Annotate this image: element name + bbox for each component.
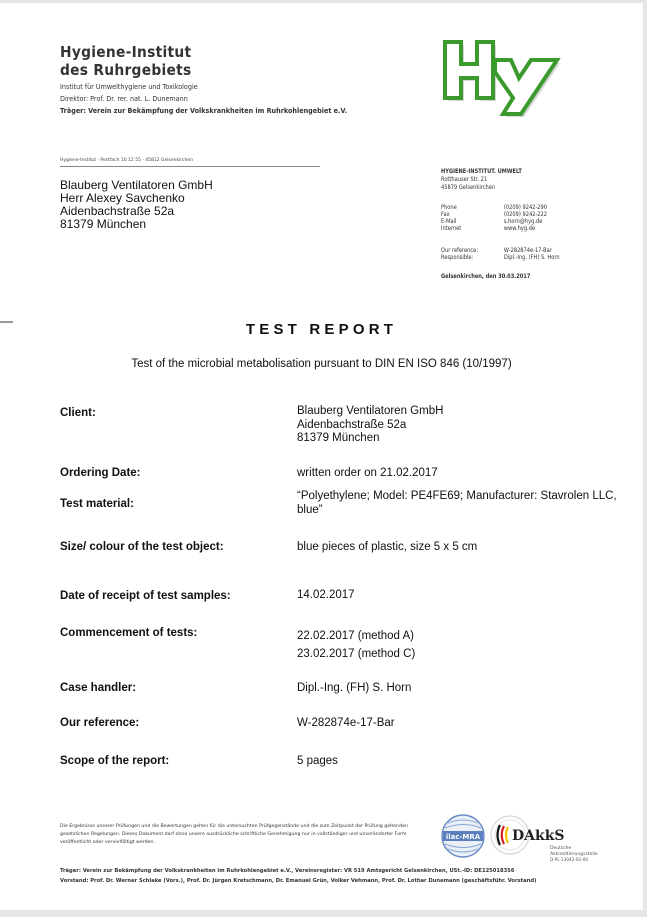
ilac-mra-logo-icon: ilac-MRA [440, 813, 486, 859]
institute-name-line2: des Ruhrgebiets [60, 61, 192, 79]
contact-email: E-Mails.horn@hyg.de [441, 218, 542, 225]
dakks-logo-icon: DAkkS Deutsche Akkreditierungsstelle D-P… [488, 815, 608, 865]
internet-label: Internet [441, 225, 504, 232]
svg-text:Deutsche: Deutsche [550, 845, 572, 851]
svg-text:D-PL-13042-02-00: D-PL-13042-02-00 [550, 857, 588, 862]
field-value-size-colour: blue pieces of plastic, size 5 x 5 cm [297, 541, 617, 555]
responsible-value: Dipl.-Ing. (FH) S. Horn [504, 254, 560, 261]
report-title: TEST REPORT [0, 321, 643, 338]
email-value[interactable]: s.horn@hyg.de [504, 218, 542, 225]
footer-line-sponsor: Träger: Verein zur Bekämpfung der Volksk… [60, 868, 514, 874]
field-value-case-handler: Dipl.-Ing. (FH) S. Horn [297, 682, 617, 696]
recipient-address: Blauberg Ventilatoren GmbH Herr Alexey S… [60, 179, 213, 231]
legal-disclaimer: Die Ergebnisse unserer Prüfungen und die… [60, 823, 430, 847]
field-label-scope: Scope of the report: [60, 755, 169, 767]
institute-subtitle: Institut für Umwelthygiene und Toxikolog… [60, 83, 198, 91]
institute-sponsor: Träger: Verein zur Bekämpfung der Volksk… [60, 107, 347, 115]
field-value-receipt-date: 14.02.2017 [297, 589, 617, 603]
field-value-ordering-date: written order on 21.02.2017 [297, 467, 617, 481]
contact-city: 45879 Gelsenkirchen [441, 184, 495, 191]
fax-label: Fax [441, 211, 504, 218]
phone-value: (0209) 9242-290 [504, 204, 547, 211]
field-label-client: Client: [60, 407, 96, 419]
place-date: Gelsenkirchen, den 30.03.2017 [441, 273, 530, 280]
sender-divider [60, 166, 320, 167]
contact-internet: Internetwww.hyg.de [441, 225, 535, 232]
receipt-date-label-text: Date of receipt of test samples: [60, 590, 231, 602]
phone-label: Phone [441, 204, 504, 211]
svg-text:DAkkS: DAkkS [512, 828, 565, 844]
hy-logo-icon [439, 36, 569, 126]
report-subtitle: Test of the microbial metabolisation pur… [0, 358, 643, 370]
field-label-size-colour: Size/ colour of the test object: [60, 541, 224, 553]
contact-org: HYGIENE-INSTITUT. UMWELT [441, 168, 522, 175]
field-label-ordering-date: Ordering Date: [60, 467, 141, 479]
footer-line-board: Vorstand: Prof. Dr. Werner Schlake (Vors… [60, 878, 536, 884]
document-page: Hygiene-Institut des Ruhrgebiets Institu… [0, 3, 643, 910]
institute-director: Direktor: Prof. Dr. rer. nat. L. Duneman… [60, 95, 188, 103]
svg-text:ilac-MRA: ilac-MRA [446, 833, 481, 841]
client-street: Aidenbachstraße 52a [297, 419, 617, 433]
contact-fax: Fax(0209) 9242-222 [441, 211, 547, 218]
contact-phone: Phone(0209) 9242-290 [441, 204, 547, 211]
field-value-commencement: 22.02.2017 (method A) 23.02.2017 (method… [297, 627, 617, 663]
client-city: 81379 München [297, 432, 617, 446]
field-label-test-material: Test material: [60, 498, 134, 510]
internet-value[interactable]: www.hyg.de [504, 225, 535, 232]
institute-name: Hygiene-Institut des Ruhrgebiets [60, 43, 192, 79]
email-label: E-Mail [441, 218, 504, 225]
client-company: Blauberg Ventilatoren GmbH [297, 405, 617, 419]
contact-street: Rotthauser Str. 21 [441, 176, 487, 183]
sender-line: Hygiene-Institut · Postfach 10 12 55 · 4… [60, 158, 193, 163]
field-label-receipt-date: Date of receipt of test samples: [60, 590, 231, 602]
responsible-label: Responsible: [441, 254, 504, 261]
field-label-reference: Our reference: [60, 717, 139, 729]
field-value-test-material: “Polyethylene; Model: PE4FE69; Manufactu… [297, 490, 617, 517]
reference-label: Our reference: [441, 247, 504, 254]
field-label-case-handler: Case handler: [60, 682, 136, 694]
fax-value: (0209) 9242-222 [504, 211, 547, 218]
field-value-reference: W-282874e-17-Bar [297, 717, 617, 731]
commencement-method-c: 23.02.2017 (method C) [297, 645, 617, 663]
contact-reference: Our reference:W-282874e-17-Bar [441, 247, 552, 254]
field-value-client: Blauberg Ventilatoren GmbH Aidenbachstra… [297, 405, 617, 446]
field-label-commencement: Commencement of tests: [60, 627, 197, 639]
field-value-scope: 5 pages [297, 755, 617, 769]
reference-value: W-282874e-17-Bar [504, 247, 552, 254]
commencement-method-a: 22.02.2017 (method A) [297, 627, 617, 645]
contact-responsible: Responsible:Dipl.-Ing. (FH) S. Horn [441, 254, 560, 261]
institute-name-line1: Hygiene-Institut [60, 43, 192, 61]
recipient-city: 81379 München [60, 218, 213, 231]
